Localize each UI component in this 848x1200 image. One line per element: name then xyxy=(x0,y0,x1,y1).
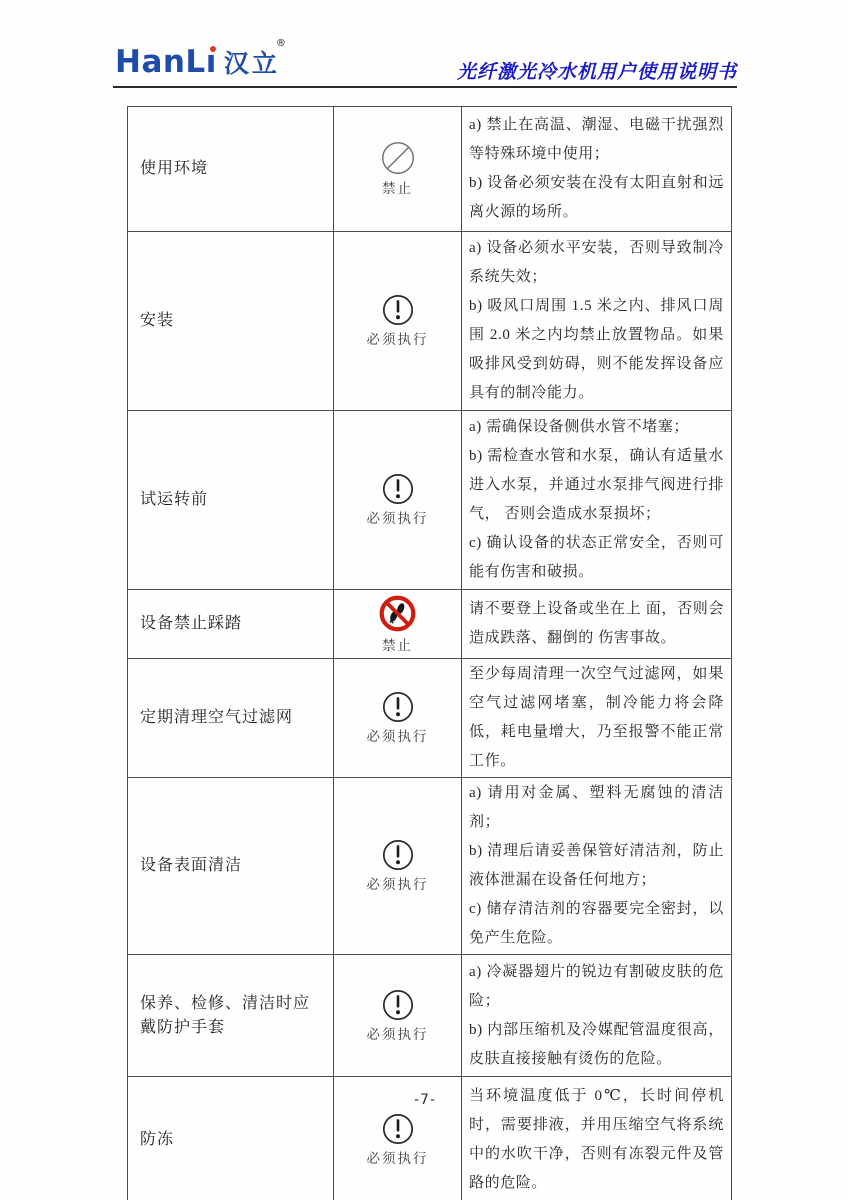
category-label: 防冻 xyxy=(140,1131,174,1148)
category-cell: 设备禁止踩踏 xyxy=(128,590,334,659)
page-footer: -7- xyxy=(113,1092,737,1108)
icon-label: 禁止 xyxy=(334,634,461,654)
description-text: b) 设备必须安装在没有太阳直射和远离火源的场所。 xyxy=(469,169,724,227)
description-text: b) 内部压缩机及冷媒配管温度很高，皮肤直接接触有烫伤的危险。 xyxy=(469,1016,724,1074)
icon-label: 必须执行 xyxy=(334,507,461,527)
category-label: 设备禁止踩踏 xyxy=(140,615,242,632)
icon-label: 禁止 xyxy=(334,177,461,197)
description-cell: a) 冷凝器翅片的锐边有割破皮肤的危险；b) 内部压缩机及冷媒配管温度很高，皮肤… xyxy=(462,955,732,1077)
category-label: 保养、检修、清洁时应戴防护手套 xyxy=(140,995,310,1036)
page-number: -7- xyxy=(414,1092,436,1108)
category-label: 定期清理空气过滤网 xyxy=(140,709,293,726)
icon-label: 必须执行 xyxy=(334,1147,461,1167)
description-cell: 请不要登上设备或坐在上 面，否则会造成跌落、翻倒的 伤害事故。 xyxy=(462,590,732,659)
category-label: 试运转前 xyxy=(140,491,208,508)
category-cell: 设备表面清洁 xyxy=(128,778,334,955)
table-row: 设备禁止踩踏 禁止 请不要登上设备或坐在上 面，否则会造成跌落、翻倒的 伤害事故… xyxy=(128,590,732,659)
header-divider xyxy=(113,86,737,88)
category-cell: 试运转前 xyxy=(128,411,334,590)
icon-cell: 禁止 xyxy=(334,590,462,659)
mandatory-icon xyxy=(334,1113,461,1145)
table-row: 定期清理空气过滤网 必须执行 至少每周清理一次空气过滤网，如果空气过滤网堵塞，制… xyxy=(128,659,732,778)
description-text: c) 确认设备的状态正常安全，否则可能有伤害和破损。 xyxy=(469,529,724,587)
description-cell: a) 请用对金属、塑料无腐蚀的清洁剂；b) 清理后请妥善保管好清洁剂，防止液体泄… xyxy=(462,778,732,955)
document-title: 光纤激光冷水机用户使用说明书 xyxy=(457,57,737,84)
mandatory-icon xyxy=(334,691,461,723)
description-text: a) 请用对金属、塑料无腐蚀的清洁剂； xyxy=(469,779,724,837)
icon-label: 必须执行 xyxy=(334,873,461,893)
mandatory-icon xyxy=(334,839,461,871)
description-cell: a) 需确保设备侧供水管不堵塞；b) 需检查水管和水泵，确认有适量水进入水泵，并… xyxy=(462,411,732,590)
no-step-icon xyxy=(334,595,461,632)
category-cell: 定期清理空气过滤网 xyxy=(128,659,334,778)
description-text: b) 需检查水管和水泵，确认有适量水进入水泵，并通过水泵排气阀进行排气， 否则会… xyxy=(469,442,724,529)
description-text: a) 冷凝器翅片的锐边有割破皮肤的危险； xyxy=(469,958,724,1016)
page-header: HanLı汉立® 光纤激光冷水机用户使用说明书 xyxy=(113,40,737,86)
icon-cell: 必须执行 xyxy=(334,778,462,955)
icon-cell: 禁止 xyxy=(334,107,462,232)
category-cell: 保养、检修、清洁时应戴防护手套 xyxy=(128,955,334,1077)
description-cell: 至少每周清理一次空气过滤网，如果空气过滤网堵塞，制冷能力将会降低，耗电量增大，乃… xyxy=(462,659,732,778)
description-cell: a) 设备必须水平安装，否则导致制冷系统失效；b) 吸风口周围 1.5 米之内、… xyxy=(462,232,732,411)
icon-label: 必须执行 xyxy=(334,328,461,348)
category-label: 设备表面清洁 xyxy=(140,857,242,874)
description-text: c) 储存清洁剂的容器要完全密封，以免产生危险。 xyxy=(469,895,724,953)
hanli-logo: HanLı汉立® xyxy=(115,44,290,80)
category-cell: 使用环境 xyxy=(128,107,334,232)
mandatory-icon xyxy=(334,473,461,505)
description-text: b) 吸风口周围 1.5 米之内、排风口周围 2.0 米之内均禁止放置物品。如果… xyxy=(469,292,724,408)
icon-cell: 必须执行 xyxy=(334,955,462,1077)
icon-cell: 必须执行 xyxy=(334,411,462,590)
table-row: 保养、检修、清洁时应戴防护手套 必须执行 a) 冷凝器翅片的锐边有割破皮肤的危险… xyxy=(128,955,732,1077)
icon-cell: 必须执行 xyxy=(334,232,462,411)
description-text: b) 清理后请妥善保管好清洁剂，防止液体泄漏在设备任何地方； xyxy=(469,837,724,895)
mandatory-icon xyxy=(334,989,461,1021)
description-text: a) 需确保设备侧供水管不堵塞； xyxy=(469,413,724,442)
logo-chinese: 汉立 xyxy=(224,49,280,78)
icon-cell: 必须执行 xyxy=(334,659,462,778)
manual-page: HanLı汉立® 光纤激光冷水机用户使用说明书 使用环境 禁止 a) 禁止在高温… xyxy=(0,0,848,1200)
icon-label: 必须执行 xyxy=(334,725,461,745)
logo-wordmark: HanLı xyxy=(115,44,217,80)
description-text: 请不要登上设备或坐在上 面，否则会造成跌落、翻倒的 伤害事故。 xyxy=(469,595,724,653)
prohibit-outline-icon xyxy=(334,141,461,175)
icon-label: 必须执行 xyxy=(334,1023,461,1043)
table-row: 试运转前 必须执行 a) 需确保设备侧供水管不堵塞；b) 需检查水管和水泵，确认… xyxy=(128,411,732,590)
safety-table-body: 使用环境 禁止 a) 禁止在高温、潮湿、电磁干扰强烈等特殊环境中使用；b) 设备… xyxy=(128,107,732,1200)
logo-letter-i: ı xyxy=(206,44,217,80)
registered-mark-icon: ® xyxy=(276,38,286,49)
description-text: a) 禁止在高温、潮湿、电磁干扰强烈等特殊环境中使用； xyxy=(469,111,724,169)
category-cell: 安装 xyxy=(128,232,334,411)
mandatory-icon xyxy=(334,294,461,326)
description-cell: a) 禁止在高温、潮湿、电磁干扰强烈等特殊环境中使用；b) 设备必须安装在没有太… xyxy=(462,107,732,232)
table-row: 设备表面清洁 必须执行 a) 请用对金属、塑料无腐蚀的清洁剂；b) 清理后请妥善… xyxy=(128,778,732,955)
category-label: 使用环境 xyxy=(140,160,208,177)
category-label: 安装 xyxy=(140,312,174,329)
table-row: 使用环境 禁止 a) 禁止在高温、潮湿、电磁干扰强烈等特殊环境中使用；b) 设备… xyxy=(128,107,732,232)
description-text: 至少每周清理一次空气过滤网，如果空气过滤网堵塞，制冷能力将会降低，耗电量增大，乃… xyxy=(469,660,724,776)
description-text: a) 设备必须水平安装，否则导致制冷系统失效； xyxy=(469,234,724,292)
table-row: 安装 必须执行 a) 设备必须水平安装，否则导致制冷系统失效；b) 吸风口周围 … xyxy=(128,232,732,411)
safety-precautions-table: 使用环境 禁止 a) 禁止在高温、潮湿、电磁干扰强烈等特殊环境中使用；b) 设备… xyxy=(127,106,732,1200)
logo-red-dot-icon xyxy=(210,46,216,52)
